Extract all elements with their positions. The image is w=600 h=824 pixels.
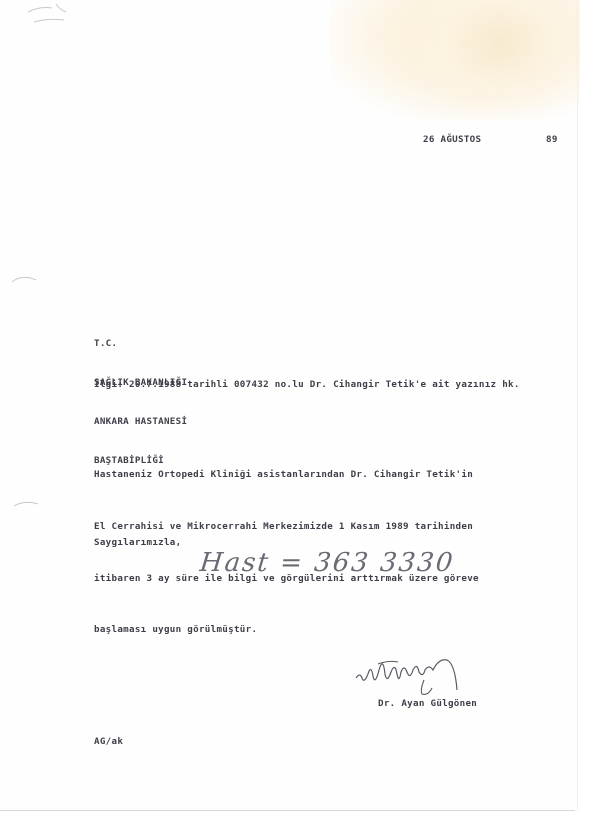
closing-salutation: Saygılarımızla, <box>94 536 181 550</box>
paper-stain <box>420 0 580 110</box>
reference-initials: AG/ak <box>94 735 123 749</box>
body-line: El Cerrahisi ve Mikrocerrahi Merkezimizd… <box>94 518 479 535</box>
subject-line: İlgi: 20.7.1988 tarihli 007432 no.lu Dr.… <box>94 378 520 392</box>
letter-page: 26 AĞUSTOS 89 T.C. SAĞLIK BAKANLIĞI ANKA… <box>0 0 578 812</box>
signer-name: Dr. Ayan Gülgönen <box>378 697 477 711</box>
paper-mark <box>12 496 42 510</box>
handwritten-note: Hast = 363 3330 <box>198 548 455 578</box>
page-edge <box>0 810 575 811</box>
recipient-line: T.C. <box>94 337 187 350</box>
letter-year: 89 <box>546 133 558 147</box>
body-line: başlaması uygun görülmüştür. <box>94 621 479 638</box>
signature-icon <box>348 650 508 700</box>
page-edge <box>577 0 578 810</box>
recipient-line: ANKARA HASTANESİ <box>94 415 187 428</box>
scribble-mark <box>20 2 80 30</box>
letter-date: 26 AĞUSTOS <box>423 133 481 147</box>
body-line: Hastaneniz Ortopedi Kliniği asistanların… <box>94 466 479 483</box>
paper-mark <box>10 272 40 286</box>
